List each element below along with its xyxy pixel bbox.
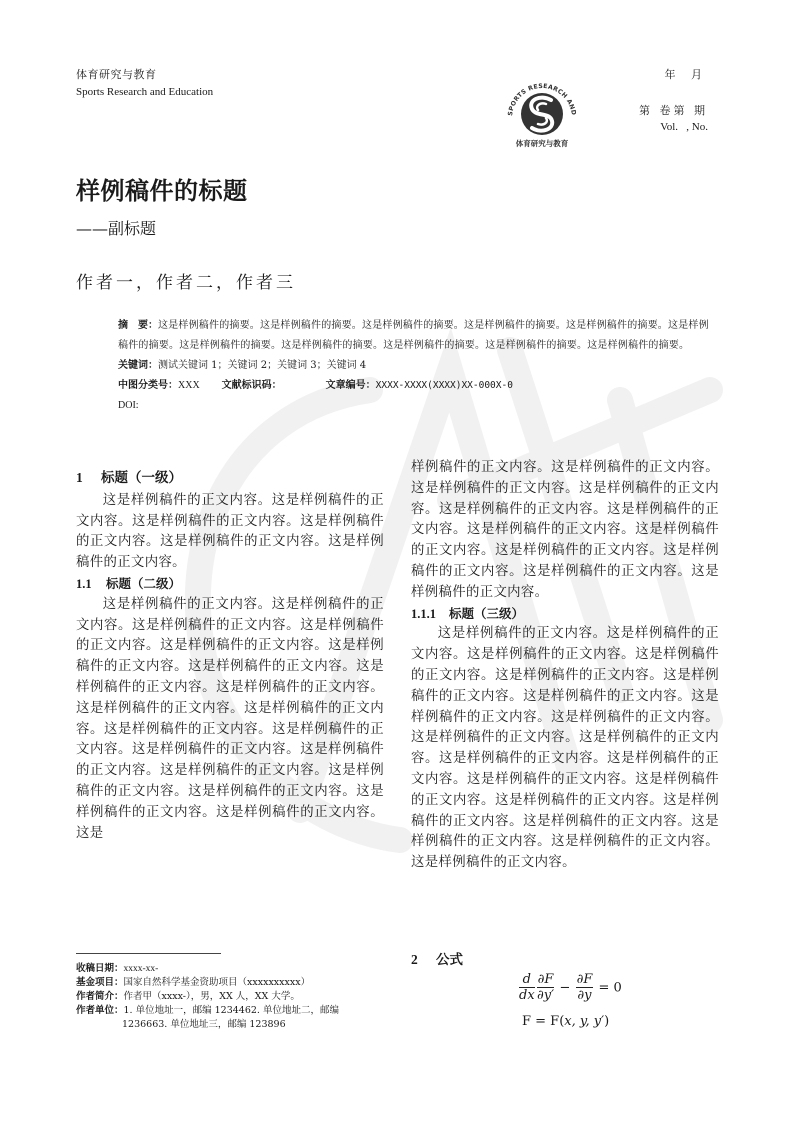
footnote-divider — [76, 953, 221, 954]
abstract-label: 摘 要： — [118, 320, 158, 331]
keywords: 关键词：测试关键词 1；关键词 2；关键词 3；关键词 4 — [118, 356, 718, 376]
section-1-1-body: 这是样例稿件的正文内容。这是样例稿件的正文内容。这是样例稿件的正文内容。这是样例… — [76, 595, 384, 845]
section-heading-1-1-1: 1.1.1标题（三级） — [411, 604, 719, 625]
section-number: 1.1 — [76, 574, 106, 595]
issue-number-en: Vol. , No. — [660, 121, 708, 133]
journal-logo-icon: SPORTS RESEARCH AND EDUCATION 体育研究与教育 — [502, 74, 582, 150]
section-number: 2 — [411, 952, 436, 968]
journal-name-en: Sports Research and Education — [76, 86, 213, 98]
abstract-block: 摘 要：这是样例稿件的摘要。这是样例稿件的摘要。这是样例稿件的摘要。这是样例稿件… — [118, 316, 718, 416]
section-title: 标题（三级） — [449, 606, 524, 621]
article-no-label: 文章编号： — [326, 380, 376, 391]
section-number: 1.1.1 — [411, 604, 449, 625]
section-heading-2: 2公式 — [411, 948, 463, 968]
doi-row: DOI: — [118, 396, 718, 416]
author-affiliation-cont: 1236663. 单位地址三，邮编 123896 — [76, 1018, 386, 1032]
fund-project: 基金项目：国家自然科学基金资助项目（xxxxxxxxxx） — [76, 976, 386, 990]
section-title: 标题（二级） — [106, 576, 181, 591]
doi-label: DOI: — [118, 400, 139, 411]
formula-definition: F = F(x, y, y′) — [522, 1014, 609, 1029]
section-heading-1: 1标题（一级） — [76, 468, 384, 489]
author-bio: 作者简介：作者甲（xxxx-），男，XX 人，XX 大学。 — [76, 990, 386, 1004]
clc-value: XXX — [178, 380, 200, 391]
equals-zero: = 0 — [598, 981, 621, 996]
footnote-block: 收稿日期：xxxx-xx- 基金项目：国家自然科学基金资助项目（xxxxxxxx… — [76, 962, 386, 1032]
issue-number-cn: 第 卷第 期 — [639, 102, 708, 118]
article-subtitle: ——副标题 — [76, 216, 156, 239]
fraction-d-dx: ddx — [519, 972, 535, 1004]
doc-code-label: 文献标识码： — [222, 380, 282, 391]
section-title: 公式 — [436, 952, 463, 968]
abstract: 摘 要：这是样例稿件的摘要。这是样例稿件的摘要。这是样例稿件的摘要。这是样例稿件… — [118, 316, 718, 356]
received-date: 收稿日期：xxxx-xx- — [76, 962, 386, 976]
section-title: 标题（一级） — [101, 470, 182, 486]
article-no-value: XXXX-XXXX(XXXX)XX-000X-0 — [376, 380, 513, 391]
section-heading-1-1: 1.1标题（二级） — [76, 574, 384, 595]
fraction-dF-dy-prime: ∂F∂y′ — [537, 972, 555, 1004]
abstract-text: 这是样例稿件的摘要。这是样例稿件的摘要。这是样例稿件的摘要。这是样例稿件的摘要。… — [118, 320, 709, 351]
article-authors: 作者一，作者二，作者三 — [76, 268, 296, 293]
section-number: 1 — [76, 468, 101, 489]
right-column: 样例稿件的正文内容。这是样例稿件的正文内容。这是样例稿件的正文内容。这是样例稿件… — [411, 458, 719, 874]
fraction-dF-dy: ∂F∂y — [576, 972, 594, 1004]
classification-row: 中图分类号：XXX文献标识码：文章编号：XXXX-XXXX(XXXX)XX-00… — [118, 376, 718, 396]
section-1-body: 这是样例稿件的正文内容。这是样例稿件的正文内容。这是样例稿件的正文内容。这是样例… — [76, 491, 384, 574]
keywords-label: 关键词： — [118, 360, 158, 371]
section-1-1-1-body: 这是样例稿件的正文内容。这是样例稿件的正文内容。这是样例稿件的正文内容。这是样例… — [411, 624, 719, 874]
section-1-1-body-continued: 样例稿件的正文内容。这是样例稿件的正文内容。这是样例稿件的正文内容。这是样例稿件… — [411, 458, 719, 604]
svg-text:体育研究与教育: 体育研究与教育 — [516, 138, 569, 148]
article-title: 样例稿件的标题 — [76, 171, 248, 206]
issue-date: 年 月 — [665, 66, 709, 82]
formula-euler-lagrange: ddx∂F∂y′ − ∂F∂y = 0 — [518, 972, 622, 1004]
clc-label: 中图分类号： — [118, 380, 178, 391]
left-column: 1标题（一级） 这是样例稿件的正文内容。这是样例稿件的正文内容。这是样例稿件的正… — [76, 466, 384, 844]
journal-name-cn: 体育研究与教育 — [76, 66, 157, 82]
minus-sign: − — [560, 981, 571, 996]
keywords-text: 测试关键词 1；关键词 2；关键词 3；关键词 4 — [158, 360, 366, 371]
author-affiliation: 作者单位：1. 单位地址一，邮编 1234462. 单位地址二，邮编 — [76, 1004, 386, 1018]
